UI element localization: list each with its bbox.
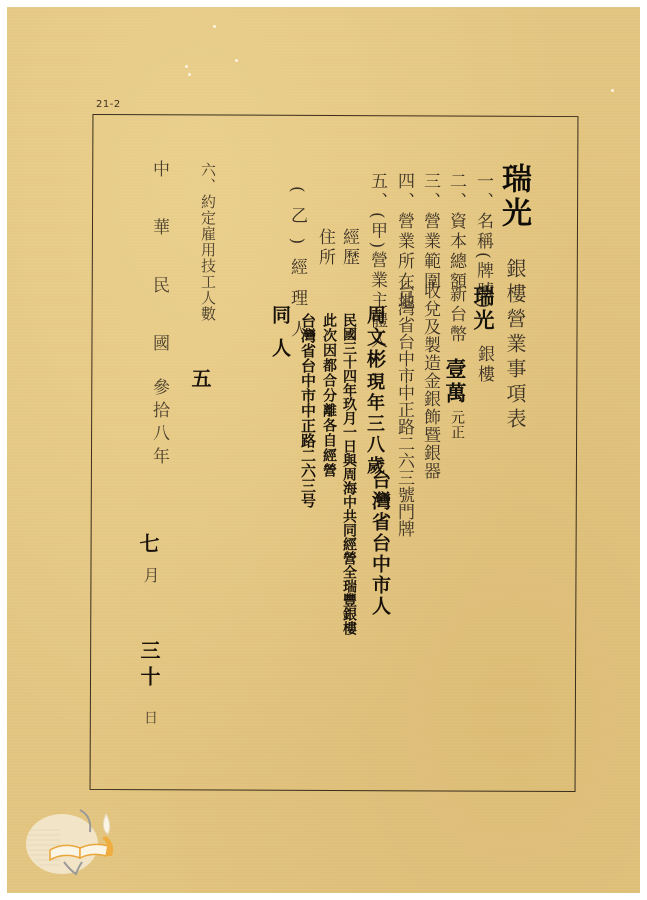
owner-origin: 台灣省台中市人 (370, 470, 389, 617)
item-name-value: 銀樓 (475, 345, 492, 385)
experience-text-2: 此次因都合分離各自經營 (322, 313, 336, 478)
employees-label: 六、約定雇用技工人數 (200, 162, 215, 322)
owner-name: 周文彬 (365, 305, 384, 371)
experience-text: 民國三十四年玖月一日與周海中共同經營全瑞豐銀樓 (342, 313, 356, 635)
date-day-unit: 日 (143, 710, 157, 727)
item-name-value-bold: 瑞光 (473, 285, 494, 333)
paper-speck (213, 25, 216, 28)
form-title: 銀樓營業事項表 (505, 258, 525, 433)
date-day-number: 三十 (139, 640, 159, 692)
date-year: 參拾八年 (150, 378, 167, 470)
manager-value: 同人 (270, 305, 289, 371)
item-scope-value: 收兌及製造金銀飾暨銀器 (421, 282, 438, 480)
item-capital-label: 二、資本總額 (447, 172, 464, 292)
address-label: 住所 (316, 228, 333, 268)
item-capital-unit: 元正 (450, 410, 464, 440)
item-scope-label: 三、營業範圍 (421, 172, 438, 292)
paper-speck (185, 65, 188, 68)
item-capital-prefix: 新台幣 (447, 285, 464, 345)
employees-value: 五 (190, 368, 210, 391)
paper-speck (611, 89, 614, 92)
page-number: 21-2 (96, 99, 121, 110)
open-book-taiwan-logo-icon (20, 800, 120, 880)
date-month-number: 七 (138, 533, 158, 556)
shop-name-title: 瑞光 (498, 163, 528, 231)
paper-speck (188, 73, 191, 76)
paper-speck (235, 59, 238, 62)
owner-age: 現年三八歲 (365, 372, 383, 477)
date-era: 中華民國 (150, 160, 167, 392)
experience-label: 經歷 (340, 228, 357, 268)
date-month-unit: 月 (142, 567, 158, 586)
item-location-value: 台灣省台中市中正路二六三號門牌 (395, 282, 412, 537)
item-capital-amount: 壹萬 (445, 358, 466, 406)
